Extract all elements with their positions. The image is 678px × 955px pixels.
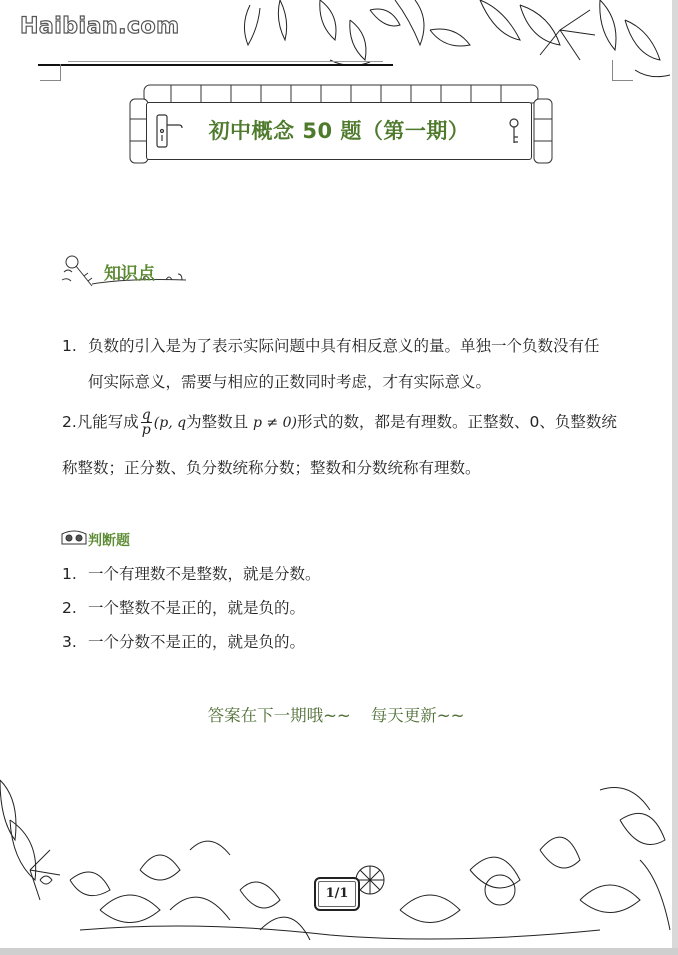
page-title: 初中概念 50 题（第一期） — [147, 103, 531, 159]
knowledge-points-heading: 知识点 — [104, 259, 155, 284]
judgement-item-2: 2.一个整数不是正的，就是负的。 — [62, 598, 305, 618]
floral-border-top-icon — [230, 0, 675, 80]
knowledge-item-2: 2.凡能写成qp(p, q为整数且 p ≠ 0)形式的数，都是有理数。正整数、0… — [62, 408, 617, 437]
page-corner-mark-right — [612, 60, 633, 81]
page-corner-mark-left — [40, 64, 61, 81]
daily-update-text: 每天更新~~ — [371, 706, 465, 725]
knowledge-item-1: 1.负数的引入是为了表示实际问题中具有相反意义的量。单独一个负数没有任 — [62, 336, 600, 356]
item-number: 1. — [62, 336, 88, 356]
owl-icon — [60, 530, 88, 546]
document-page: Haibian.com 初中概念 50 题（第一期） — [0, 0, 672, 948]
header-rule — [38, 64, 393, 66]
true-false-heading: 判断题 — [88, 530, 130, 550]
scrollbar-track[interactable] — [672, 0, 678, 955]
fraction-q-over-p: qp — [141, 408, 152, 437]
knowledge-item-2-cont: 称整数；正分数、负分数统称分数；整数和分数统称有理数。 — [62, 458, 481, 478]
floral-border-bottom-icon — [0, 760, 672, 948]
knowledge-item-1-cont: 何实际意义，需要与相应的正数同时考虑，才有实际意义。 — [88, 372, 491, 392]
header-rule-thin — [68, 61, 383, 62]
key-icon — [507, 117, 521, 147]
judgement-item-1: 1.一个有理数不是整数，就是分数。 — [62, 564, 321, 584]
answer-next-issue-text: 答案在下一期哦~~ — [208, 706, 351, 725]
title-banner: 初中概念 50 题（第一期） — [146, 102, 532, 160]
item-prefix: 2.凡能写成 — [62, 413, 139, 431]
haibian-logo: Haibian.com — [20, 14, 180, 39]
footer-note: 答案在下一期哦~~每天更新~~ — [0, 702, 672, 726]
item-text-line1: 负数的引入是为了表示实际问题中具有相反意义的量。单独一个负数没有任 — [88, 337, 600, 355]
page-indicator: 1/1 — [314, 877, 360, 911]
page-bottom-edge — [0, 948, 678, 955]
judgement-item-3: 3.一个分数不是正的，就是负的。 — [62, 632, 305, 652]
